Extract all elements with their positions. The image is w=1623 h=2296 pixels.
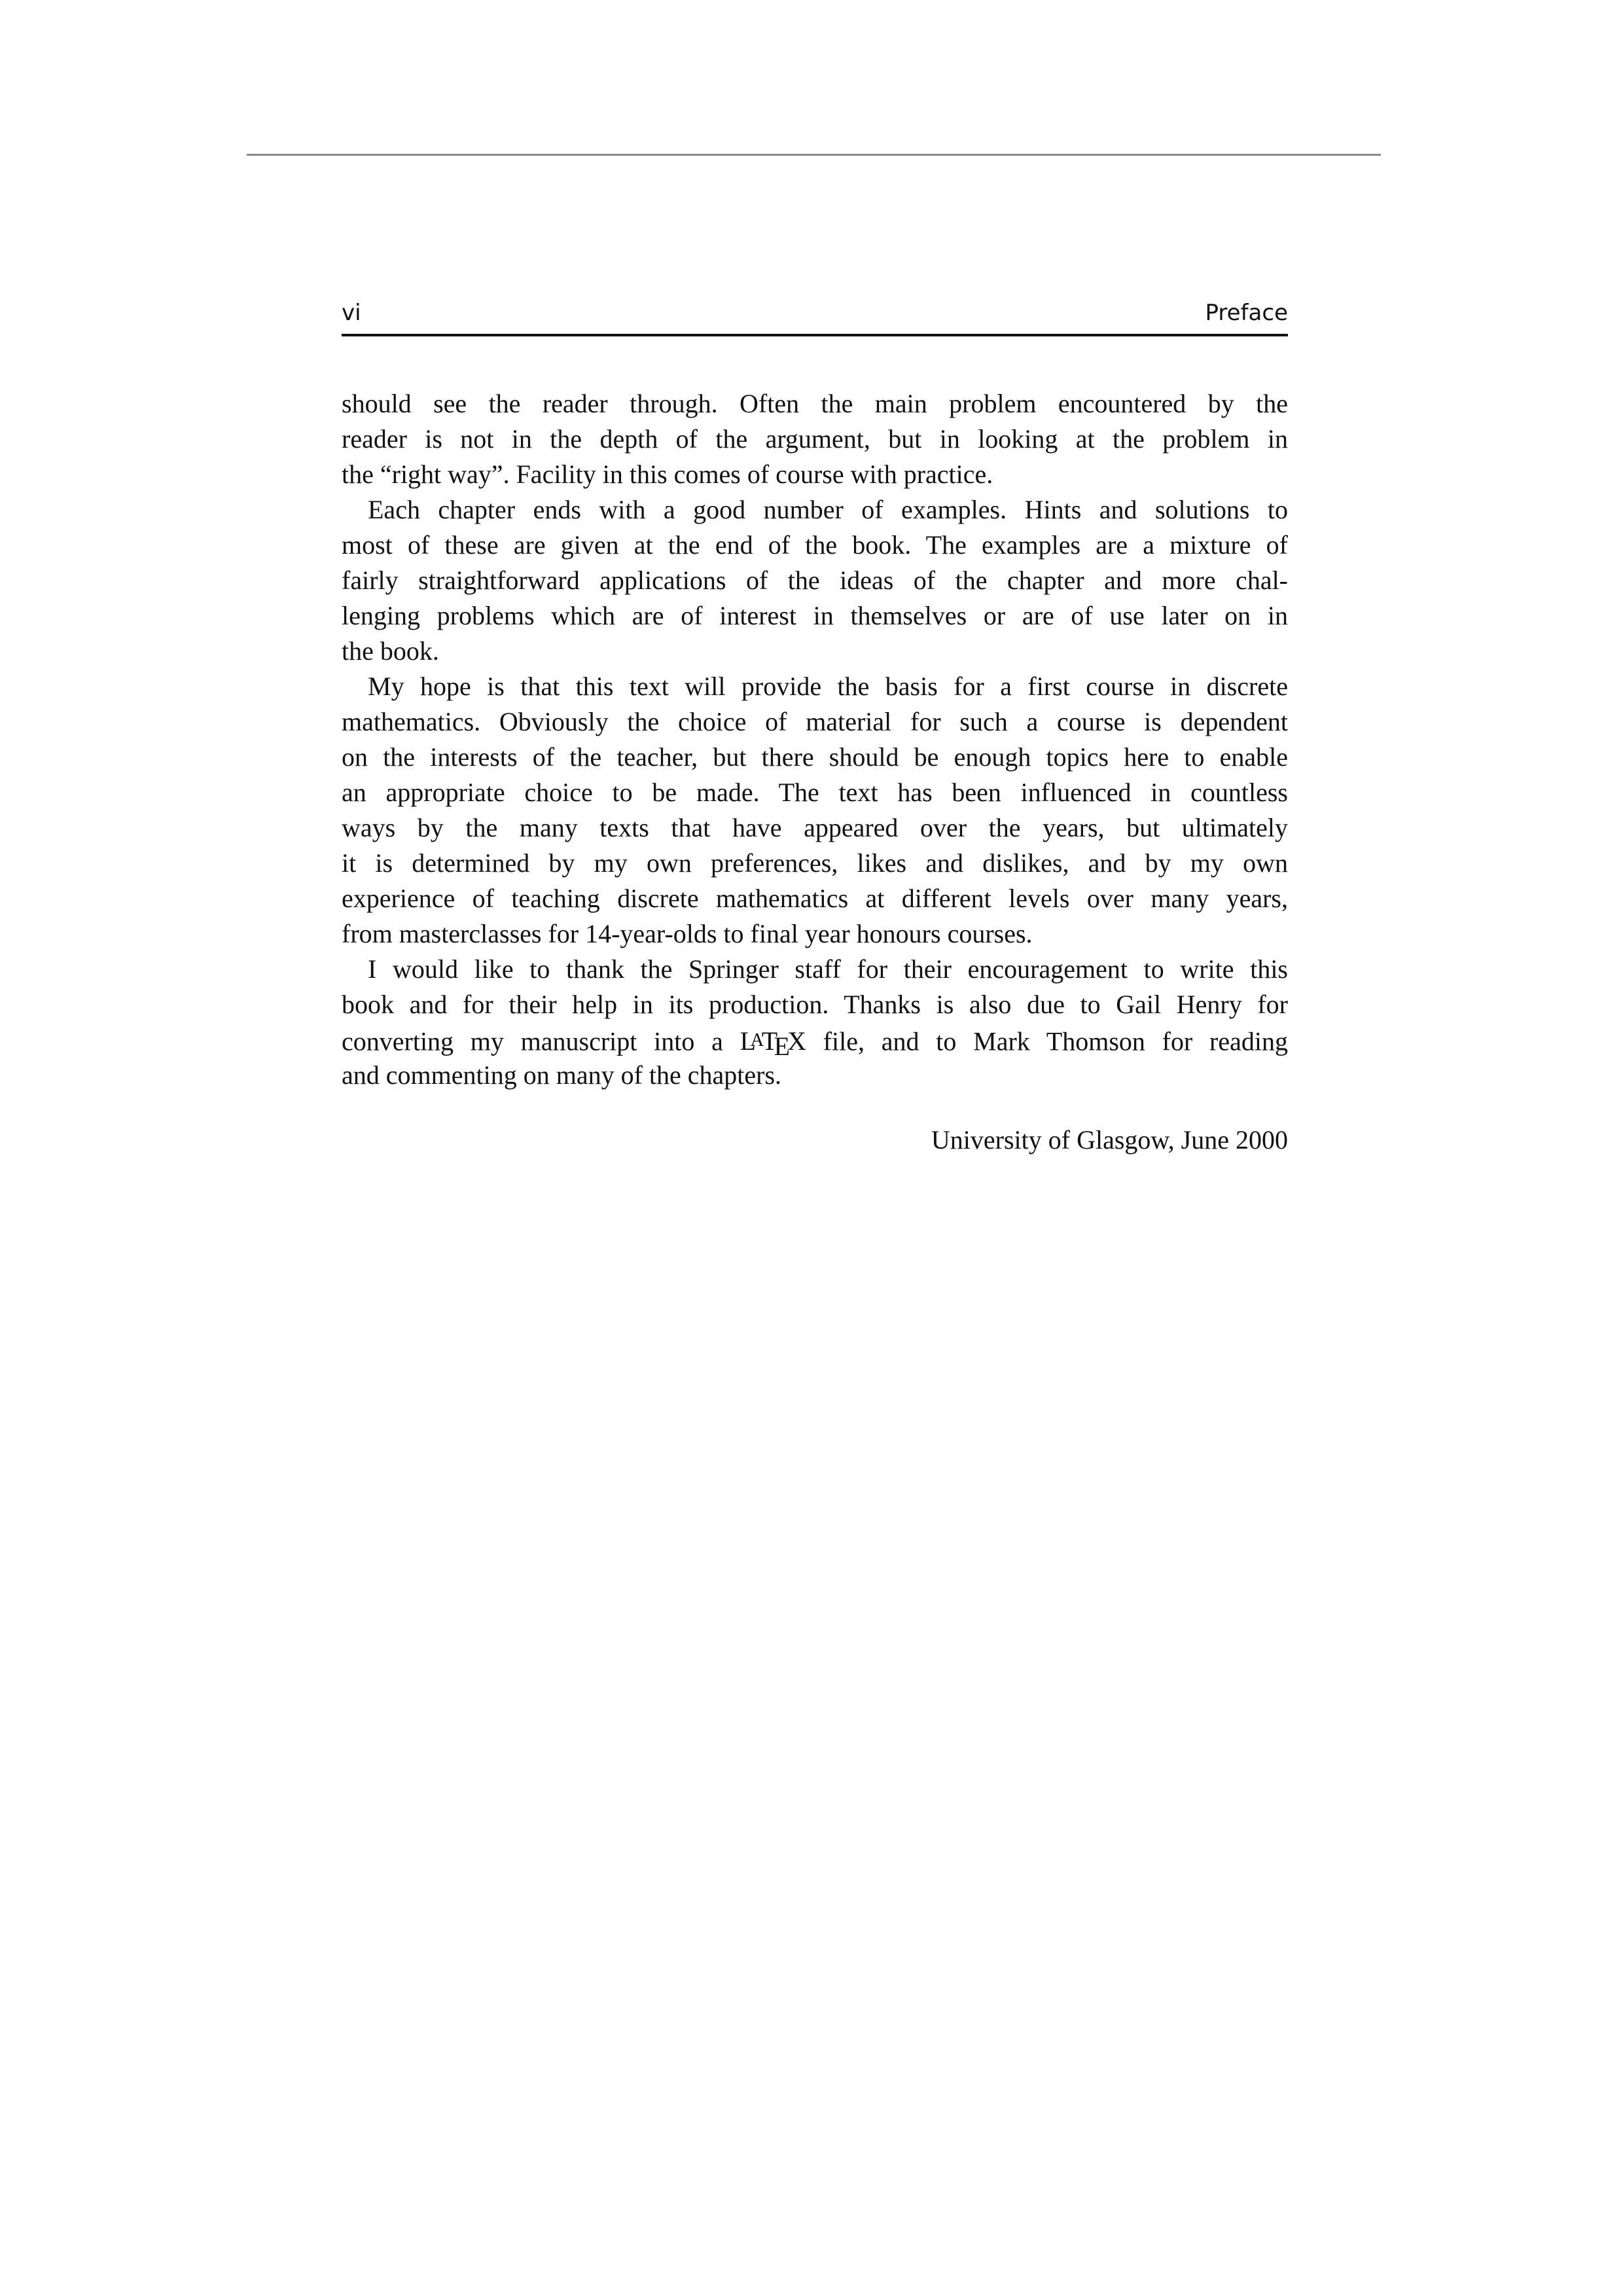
header-rule	[342, 334, 1288, 336]
text-line: reader is not in the depth of the argume…	[342, 422, 1288, 457]
running-title: Preface	[1205, 300, 1288, 326]
text-line: lenging problems which are of interest i…	[342, 598, 1288, 634]
text-line: the “right way”. Facility in this comes …	[342, 457, 1288, 492]
running-head: vi Preface	[342, 300, 1288, 339]
text-line: fairly straightforward applications of t…	[342, 563, 1288, 598]
latex-logo: LATEX	[740, 1026, 806, 1056]
text-line: My hope is that this text will provide t…	[342, 669, 1288, 704]
preface-body: should see the reader through. Often the…	[342, 386, 1288, 1093]
text-line: most of these are given at the end of th…	[342, 528, 1288, 563]
text-segment: file, and to Mark Thomson for reading	[823, 1026, 1288, 1056]
page-number: vi	[342, 300, 361, 326]
text-line: should see the reader through. Often the…	[342, 386, 1288, 422]
text-line: Each chapter ends with a good number of …	[342, 492, 1288, 528]
text-line: I would like to thank the Springer staff…	[342, 952, 1288, 987]
signature-place-date: University of Glasgow, June 2000	[931, 1124, 1288, 1155]
text-segment: converting my manuscript into a	[342, 1026, 723, 1056]
scan-top-rule	[247, 154, 1381, 156]
text-line: the book.	[342, 634, 1288, 669]
text-line: ways by the many texts that have appeare…	[342, 810, 1288, 846]
text-line: on the interests of the teacher, but the…	[342, 740, 1288, 775]
text-line: experience of teaching discrete mathemat…	[342, 881, 1288, 916]
text-line-with-latex: converting my manuscript into a LATEX fi…	[342, 1022, 1288, 1058]
text-line: an appropriate choice to be made. The te…	[342, 775, 1288, 810]
text-line: and commenting on many of the chapters.	[342, 1058, 1288, 1093]
text-line: mathematics. Obviously the choice of mat…	[342, 704, 1288, 740]
text-line: it is determined by my own preferences, …	[342, 846, 1288, 881]
text-line: from masterclasses for 14-year-olds to f…	[342, 916, 1288, 952]
text-line: book and for their help in its productio…	[342, 987, 1288, 1022]
